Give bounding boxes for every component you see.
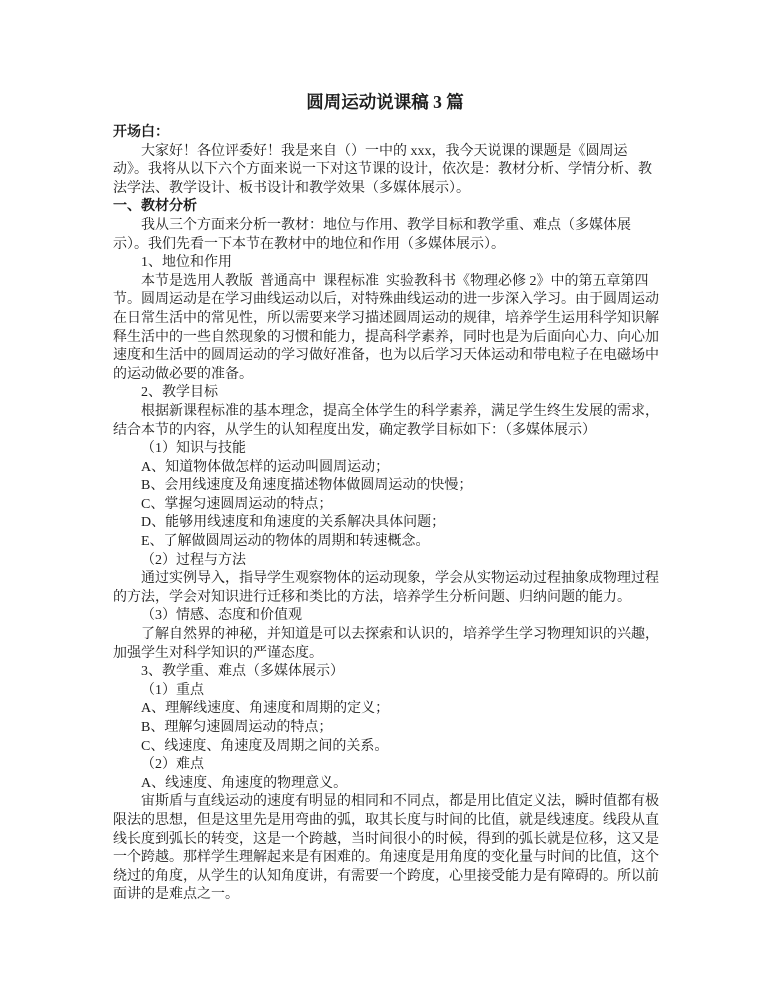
text-line: 示）。我们先看一下本节在教材中的地位和作用（多媒体展示）。 <box>113 236 657 255</box>
list-item-a: A、理解线速度、角速度和周期的定义； <box>113 700 657 719</box>
subheading-teaching-goals: 2、教学目标 <box>113 384 657 403</box>
document-page: 圆周运动说课稿 3 篇 开场白： 大家好！各位评委好！我是来自（）一中的 xxx… <box>0 0 770 1000</box>
text-line: 面讲的是难点之一。 <box>113 886 657 905</box>
list-item-a: A、线速度、角速度的物理意义。 <box>113 775 657 794</box>
list-item-e: E、了解做圆周运动的物体的周期和转速概念。 <box>113 533 657 552</box>
text-line: 了解自然界的神秘，并知道是可以去探索和认识的，培养学生学习物理知识的兴趣， <box>113 626 657 645</box>
list-item-b: B、会用线速度及角速度描述物体做圆周运动的快慢； <box>113 477 657 496</box>
text-line: 限法的思想，但是这里先是用弯曲的弧，取其长度与时间的比值，就是线速度。线段从直 <box>113 812 657 831</box>
text-line: 一个跨越。那样学生理解起来是有困难的。角速度是用角度的变化量与时间的比值，这个 <box>113 849 657 868</box>
text-line: 动》。我将从以下六个方面来说一下对这节课的设计，依次是：教材分析、学情分析、教 <box>113 161 657 180</box>
subheading-key-and-difficult-points: 3、教学重、难点（多媒体展示） <box>113 663 657 682</box>
text-line: 的运动做必要的准备。 <box>113 366 657 385</box>
text-line: 本节是选用人教版 普通高中 课程标准 实验教科书《物理必修 2》中的第五章第四 <box>113 273 657 292</box>
list-item-c: C、掌握匀速圆周运动的特点； <box>113 496 657 515</box>
text-line: 大家好！各位评委好！我是来自（）一中的 xxx，我今天说课的课题是《圆周运 <box>113 143 657 162</box>
subheading-emotion-attitude-values: （3）情感、态度和价值观 <box>113 607 657 626</box>
text-line: 绕过的角度，从学生的认知角度讲，有需要一个跨度，心里接受能力是有障碍的。所以前 <box>113 868 657 887</box>
list-item-b: B、理解匀速圆周运动的特点； <box>113 719 657 738</box>
list-item-d: D、能够用线速度和角速度的关系解决具体问题； <box>113 514 657 533</box>
heading-section-1-textbook-analysis: 一、教材分析 <box>113 198 657 217</box>
text-line: 我从三个方面来分析一教材：地位与作用、教学目标和教学重、难点（多媒体展 <box>113 217 657 236</box>
subheading-knowledge-and-skills: （1）知识与技能 <box>113 440 657 459</box>
subheading-key-points: （1）重点 <box>113 682 657 701</box>
text-line: 根据新课程标准的基本理念，提高全体学生的科学素养，满足学生终生发展的需求， <box>113 403 657 422</box>
text-line: 结合本节的内容，从学生的认知程度出发，确定教学目标如下：（多媒体展示） <box>113 422 657 441</box>
text-line: 在日常生活中的常见性，所以需要来学习描述圆周运动的规律，培养学生运用科学知识解 <box>113 310 657 329</box>
subheading-status-and-role: 1、地位和作用 <box>113 254 657 273</box>
list-item-a: A、知道物体做怎样的运动叫圆周运动； <box>113 459 657 478</box>
text-line: 加强学生对科学知识的严谨态度。 <box>113 645 657 664</box>
text-line: 的方法，学会对知识进行迁移和类比的方法，培养学生分析问题、归纳问题的能力。 <box>113 589 657 608</box>
text-line: 法学法、教学设计、板书设计和教学效果（多媒体展示）。 <box>113 180 657 199</box>
subheading-process-and-method: （2）过程与方法 <box>113 552 657 571</box>
text-line: 节。圆周运动是在学习曲线运动以后，对特殊曲线运动的进一步深入学习。由于圆周运动 <box>113 291 657 310</box>
document-body: 开场白： 大家好！各位评委好！我是来自（）一中的 xxx，我今天说课的课题是《圆… <box>0 124 770 905</box>
text-line: 线长度到弧长的转变，这是一个跨越，当时间很小的时候，得到的弧长就是位移，这又是 <box>113 831 657 850</box>
text-line: 通过实例导入，指导学生观察物体的运动现象，学会从实物运动过程抽象成物理过程 <box>113 570 657 589</box>
document-title: 圆周运动说课稿 3 篇 <box>0 0 770 113</box>
text-line: 宙斯盾与直线运动的速度有明显的相同和不同点，都是用比值定义法，瞬时值都有极 <box>113 793 657 812</box>
subheading-difficult-points: （2）难点 <box>113 756 657 775</box>
list-item-c: C、线速度、角速度及周期之间的关系。 <box>113 738 657 757</box>
heading-opening-remarks: 开场白： <box>113 124 657 143</box>
text-line: 释生活中的一些自然现象的习惯和能力，提高科学素养，同时也是为后面向心力、向心加 <box>113 329 657 348</box>
text-line: 速度和生活中的圆周运动的学习做好准备，也为以后学习天体运动和带电粒子在电磁场中 <box>113 347 657 366</box>
